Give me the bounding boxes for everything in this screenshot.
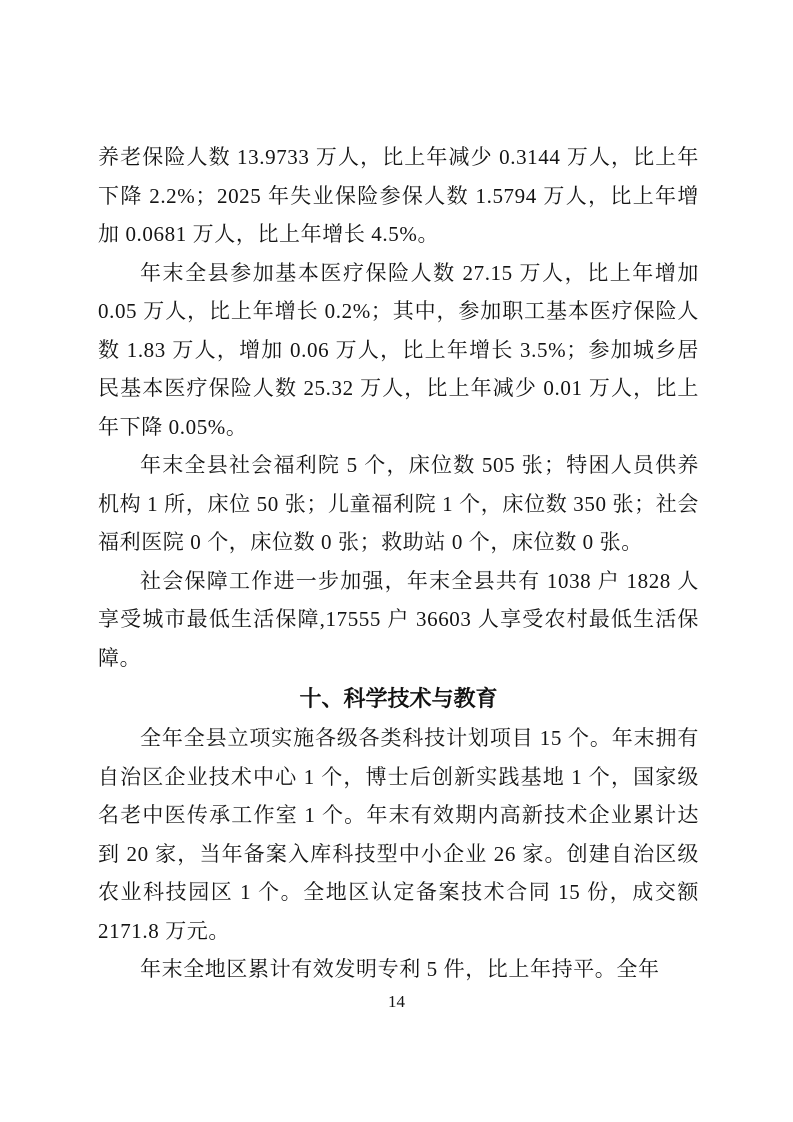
page-content: 养老保险人数 13.9733 万人，比上年减少 0.3144 万人，比上年下降 … bbox=[98, 138, 699, 989]
paragraph-pension-insurance: 养老保险人数 13.9733 万人，比上年减少 0.3144 万人，比上年下降 … bbox=[98, 138, 699, 254]
paragraph-social-security: 社会保障工作进一步加强，年末全县共有 1038 户 1828 人享受城市最低生活… bbox=[98, 562, 699, 678]
document-page: 养老保险人数 13.9733 万人，比上年减少 0.3144 万人，比上年下降 … bbox=[0, 0, 793, 1122]
paragraph-science-technology: 全年全县立项实施各级各类科技计划项目 15 个。年末拥有自治区企业技术中心 1 … bbox=[98, 719, 699, 950]
paragraph-medical-insurance: 年末全县参加基本医疗保险人数 27.15 万人，比上年增加 0.05 万人，比上… bbox=[98, 254, 699, 447]
section-heading: 十、科学技术与教育 bbox=[98, 677, 699, 719]
paragraph-welfare-institutions: 年末全县社会福利院 5 个，床位数 505 张；特困人员供养机构 1 所，床位 … bbox=[98, 446, 699, 562]
paragraph-patents: 年末全地区累计有效发明专利 5 件，比上年持平。全年 bbox=[98, 950, 699, 989]
page-number: 14 bbox=[0, 992, 793, 1012]
